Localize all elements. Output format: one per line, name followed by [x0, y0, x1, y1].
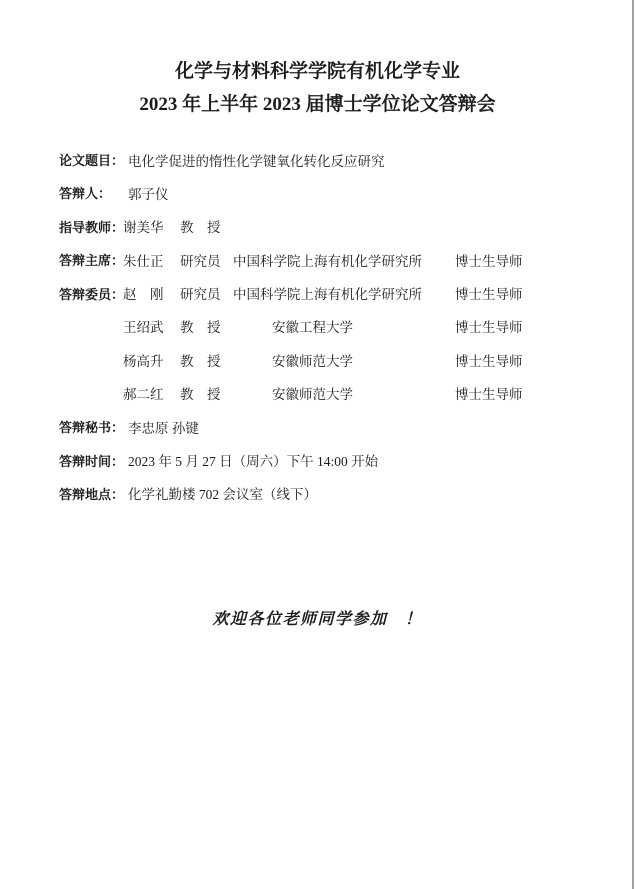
field-row-thesis-title: 论文题目： 电化学促进的惰性化学键氧化转化反应研究 [59, 143, 635, 176]
member-name: 朱仕正 [123, 250, 180, 270]
field-row-time: 答辩时间： 2023 年 5 月 27 日（周六）下午 14:00 开始 [59, 443, 635, 476]
field-value: 化学礼勤楼 702 会议室（线下） [123, 483, 635, 503]
field-value: 2023 年 5 月 27 日（周六）下午 14:00 开始 [123, 450, 635, 470]
field-value: 李忠原 孙键 [123, 417, 635, 437]
member-title: 研究员 [180, 250, 233, 270]
member-role: 博士生导师 [455, 383, 635, 403]
member-institution: 中国科学院上海有机化学研究所 [233, 283, 455, 303]
committee-row: 郝二红 教 授 安徽师范大学 博士生导师 [59, 377, 635, 410]
member-role: 博士生导师 [455, 316, 635, 336]
field-label: 答辩地点： [59, 484, 123, 503]
member-institution: 中国科学院上海有机化学研究所 [233, 250, 455, 270]
field-label: 论文题目： [59, 150, 123, 169]
member-institution: 安徽师范大学 [233, 383, 455, 403]
field-row-location: 答辩地点： 化学礼勤楼 702 会议室（线下） [59, 477, 635, 510]
committee-row: 杨高升 教 授 安徽师范大学 博士生导师 [59, 343, 635, 376]
member-name: 王绍武 [123, 316, 180, 336]
member-name: 郝二红 [123, 383, 180, 403]
advisor-title: 教 授 [180, 216, 233, 236]
member-title: 教 授 [180, 383, 233, 403]
field-row-advisor: 指导教师： 谢美华 教 授 [59, 210, 635, 243]
member-title: 教 授 [180, 316, 233, 336]
field-value: 郭子仪 [123, 183, 635, 203]
field-label: 答辩主席： [59, 250, 123, 269]
field-label: 指导教师： [59, 217, 123, 236]
title-line-2: 2023 年上半年 2023 届博士学位论文答辩会 [0, 88, 635, 121]
field-label: 答辩时间： [59, 451, 123, 470]
page-right-edge [632, 0, 634, 889]
member-role: 博士生导师 [455, 350, 635, 370]
committee-row: 答辩主席： 朱仕正 研究员 中国科学院上海有机化学研究所 博士生导师 [59, 243, 635, 276]
defense-info: 论文题目： 电化学促进的惰性化学键氧化转化反应研究 答辩人： 郭子仪 指导教师：… [59, 143, 635, 510]
field-row-defender: 答辩人： 郭子仪 [59, 176, 635, 209]
document-title: 化学与材料科学学院有机化学专业 2023 年上半年 2023 届博士学位论文答辩… [0, 0, 635, 122]
advisor-name: 谢美华 [123, 216, 180, 236]
field-row-secretary: 答辩秘书： 李忠原 孙键 [59, 410, 635, 443]
field-label: 答辩人： [59, 183, 123, 202]
member-institution: 安徽工程大学 [233, 316, 455, 336]
committee-row: 王绍武 教 授 安徽工程大学 博士生导师 [59, 310, 635, 343]
member-role: 博士生导师 [455, 283, 635, 303]
member-name: 赵 刚 [123, 283, 180, 303]
document-page: 化学与材料科学学院有机化学专业 2023 年上半年 2023 届博士学位论文答辩… [0, 0, 635, 889]
title-line-1: 化学与材料科学学院有机化学专业 [0, 55, 635, 88]
field-value: 电化学促进的惰性化学键氧化转化反应研究 [123, 150, 635, 170]
field-label: 答辩委员： [59, 284, 123, 303]
member-title: 研究员 [180, 283, 233, 303]
member-role: 博士生导师 [455, 250, 635, 270]
field-label: 答辩秘书： [59, 417, 123, 436]
committee-row: 答辩委员： 赵 刚 研究员 中国科学院上海有机化学研究所 博士生导师 [59, 276, 635, 309]
welcome-line: 欢迎各位老师同学参加 ！ [0, 606, 635, 629]
member-name: 杨高升 [123, 350, 180, 370]
member-title: 教 授 [180, 350, 233, 370]
member-institution: 安徽师范大学 [233, 350, 455, 370]
